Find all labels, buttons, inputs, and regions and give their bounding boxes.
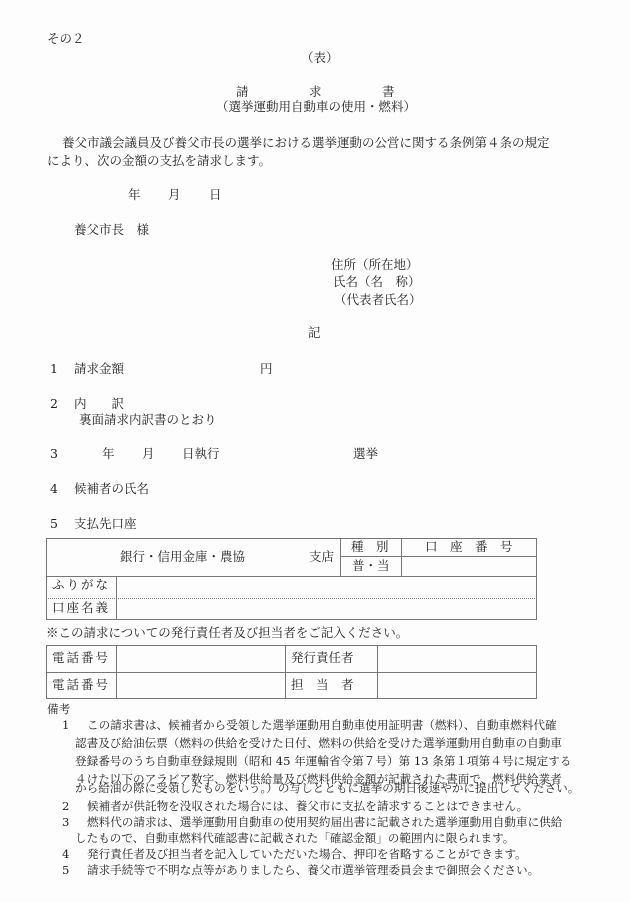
title-char-1: 請 [236, 86, 249, 99]
issuer-field[interactable] [378, 646, 536, 671]
item-1-yen: 円 [260, 363, 273, 376]
remark-num: 5 [62, 865, 69, 877]
name-label: 氏名（名 称） [333, 276, 421, 289]
remark-line: 請求手続等で不明な点等がありましたら、養父市選挙管理委員会まで御照会ください。 [87, 865, 539, 877]
account-holder-label: 口座名義 [52, 602, 110, 615]
addressee: 養父市長 様 [74, 224, 149, 237]
remark-line: この請求書は、候補者から受領した選挙運動用自動車使用証明書（燃料）、自動車燃料代… [87, 720, 557, 732]
remark-line: から給油の際に受領したものをいう。）の写しとともに選挙の期日後速やかに提出してく… [75, 783, 579, 795]
remark-num: 2 [62, 801, 69, 813]
phone-label-1: 電話番号 [52, 652, 110, 665]
date-day: 日 [209, 189, 222, 202]
item-3-day: 日執行 [182, 448, 220, 461]
remark-line: 候補者が供託物を没収された場合には、養父市に支払を請求することはできません。 [87, 801, 528, 813]
item-4-label: 候補者の氏名 [74, 483, 149, 496]
staff-field[interactable] [378, 673, 536, 698]
title-char-3: 書 [382, 86, 395, 99]
intro-line-1: 養父市議会議員及び養父市長の選挙における選挙運動の公営に関する条例第４条の規定 [62, 137, 550, 150]
item-1-label: 請求金額 [74, 363, 124, 376]
phone-label-2: 電話番号 [52, 679, 110, 692]
item-3-month: 月 [142, 448, 155, 461]
remark-line: 燃料代の請求は、選挙運動用自動車の使用契約届出書に記載された選挙運動用自動車に供… [87, 817, 562, 829]
subtitle: （選挙運動用自動車の使用・燃料） [216, 101, 416, 114]
account-type-value[interactable]: 普・当 [352, 560, 390, 573]
remark-num: 3 [62, 817, 69, 829]
furigana-label: ふりがな [52, 579, 110, 592]
date-month: 月 [168, 189, 181, 202]
remark-line: 登録番号のうち自動車登録規則（昭和 45 年運輸省令第７号）第 13 条第１項第… [75, 756, 571, 768]
phone-field-1[interactable] [117, 646, 284, 671]
date-year: 年 [128, 189, 141, 202]
ki-label: 記 [308, 327, 321, 340]
side-label: （表） [301, 52, 339, 65]
item-3-year: 年 [102, 448, 115, 461]
furigana-field[interactable] [117, 577, 536, 597]
account-number-field[interactable] [402, 557, 536, 575]
item-2-label: 内 訳 [74, 398, 124, 411]
form-number: その２ [47, 33, 85, 46]
account-holder-field[interactable] [117, 599, 536, 619]
item-4-num: 4 [50, 483, 58, 496]
item-5-num: 5 [50, 518, 58, 531]
remark-num: 1 [62, 720, 69, 732]
remark-line: 発行責任者及び担当者を記入していただいた場合、押印を省略することができます。 [87, 849, 527, 861]
remark-line: したもので、自動車燃料代確認書に記載された「確認金額」の範囲内に限られます。 [75, 833, 514, 845]
item-2-detail: 裏面請求内訳書のとおり [79, 414, 217, 427]
branch-label: 支店 [309, 551, 334, 564]
contact-note: ※この請求についての発行責任者及び担当者をご記入ください。 [46, 627, 408, 640]
remarks-title: 備考 [47, 704, 70, 716]
remark-line: 認書及び給油伝票（燃料の供給を受けた日付、燃料の供給を受けた選挙運動用自動車の自… [75, 738, 562, 750]
title-char-2: 求 [309, 86, 322, 99]
item-3-election: 選挙 [353, 448, 378, 461]
bank-type-label: 銀行・信用金庫・農協 [120, 551, 245, 564]
item-5-label: 支払先口座 [74, 518, 137, 531]
account-type-header: 種 別 [351, 541, 389, 554]
representative-label: （代表者氏名） [334, 294, 422, 307]
account-number-header: 口 座 番 号 [425, 541, 513, 554]
intro-line-2: により、次の金額の支払を請求します。 [47, 155, 271, 168]
item-2-num: 2 [50, 398, 58, 411]
phone-field-2[interactable] [117, 673, 284, 698]
remark-num: 4 [62, 849, 69, 861]
item-1-num: 1 [50, 363, 58, 376]
staff-label: 担 当 者 [291, 679, 354, 692]
issuer-label: 発行責任者 [291, 652, 354, 665]
item-3-num: 3 [50, 448, 58, 461]
address-label: 住所（所在地） [331, 259, 419, 272]
